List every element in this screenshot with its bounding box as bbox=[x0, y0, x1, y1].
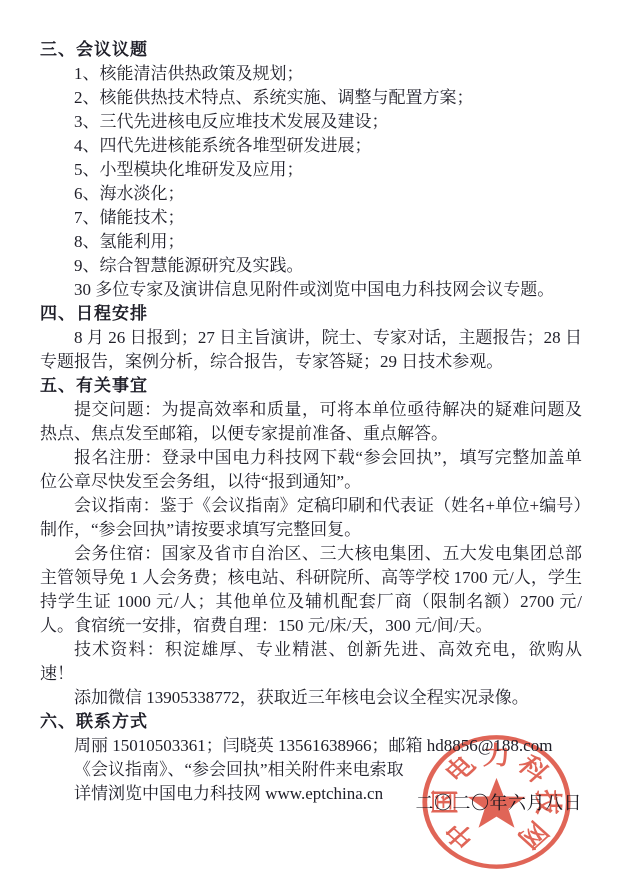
document-date: 二〇二〇年六月八日 bbox=[416, 791, 583, 815]
agenda-item: 4、四代先进核能系统各堆型研发进展； bbox=[40, 134, 582, 158]
agenda-item: 9、综合智慧能源研究及实践。 bbox=[40, 254, 582, 278]
section-agenda: 三、会议议题 1、核能清洁供热政策及规划； 2、核能供热技术特点、系统实施、调整… bbox=[40, 38, 582, 302]
agenda-item: 1、核能清洁供热政策及规划； bbox=[40, 62, 582, 86]
agenda-item: 6、海水淡化； bbox=[40, 182, 582, 206]
matters-paragraph-registration: 报名注册：登录中国电力科技网下载“参会回执”，填写完整加盖单位公章尽快发至会务组… bbox=[40, 446, 582, 494]
section-contacts-heading: 六、联系方式 bbox=[40, 710, 582, 734]
contact-attachments-line: 《会议指南》、“参会回执”相关附件来电索取 bbox=[40, 758, 582, 782]
document-page: 三、会议议题 1、核能清洁供热政策及规划； 2、核能供热技术特点、系统实施、调整… bbox=[0, 0, 625, 883]
section-agenda-heading: 三、会议议题 bbox=[40, 38, 582, 62]
section-matters-heading: 五、有关事宜 bbox=[40, 374, 582, 398]
matters-paragraph-wechat: 添加微信 13905338772，获取近三年核电会议全程实况录像。 bbox=[40, 686, 582, 710]
document-body: 三、会议议题 1、核能清洁供热政策及规划； 2、核能供热技术特点、系统实施、调整… bbox=[40, 38, 582, 806]
contact-phones-email-line: 周丽 15010503361；闫晓英 13561638966；邮箱 hd8856… bbox=[40, 734, 582, 758]
matters-paragraph-submit-questions: 提交问题：为提高效率和质量，可将本单位亟待解决的疑难问题及热点、焦点发至邮箱，以… bbox=[40, 398, 582, 446]
schedule-paragraph: 8 月 26 日报到；27 日主旨演讲，院士、专家对话，主题报告；28 日专题报… bbox=[40, 326, 582, 374]
agenda-item: 5、小型模块化堆研发及应用； bbox=[40, 158, 582, 182]
agenda-item: 3、三代先进核电反应堆技术发展及建设； bbox=[40, 110, 582, 134]
agenda-note: 30 多位专家及演讲信息见附件或浏览中国电力科技网会议专题。 bbox=[40, 278, 582, 302]
agenda-item: 7、储能技术； bbox=[40, 206, 582, 230]
matters-paragraph-materials: 技术资料：积淀雄厚、专业精湛、创新先进、高效充电，欲购从速！ bbox=[40, 638, 582, 686]
matters-paragraph-guide: 会议指南：鉴于《会议指南》定稿印刷和代表证（姓名+单位+编号）制作，“参会回执”… bbox=[40, 494, 582, 542]
section-matters: 五、有关事宜 提交问题：为提高效率和质量，可将本单位亟待解决的疑难问题及热点、焦… bbox=[40, 374, 582, 710]
agenda-item: 2、核能供热技术特点、系统实施、调整与配置方案； bbox=[40, 86, 582, 110]
agenda-item: 8、氢能利用； bbox=[40, 230, 582, 254]
section-schedule-heading: 四、日程安排 bbox=[40, 302, 582, 326]
section-schedule: 四、日程安排 8 月 26 日报到；27 日主旨演讲，院士、专家对话，主题报告；… bbox=[40, 302, 582, 374]
matters-paragraph-fees-lodging: 会务住宿：国家及省市自治区、三大核电集团、五大发电集团总部主管领导免 1 人会务… bbox=[40, 542, 582, 638]
